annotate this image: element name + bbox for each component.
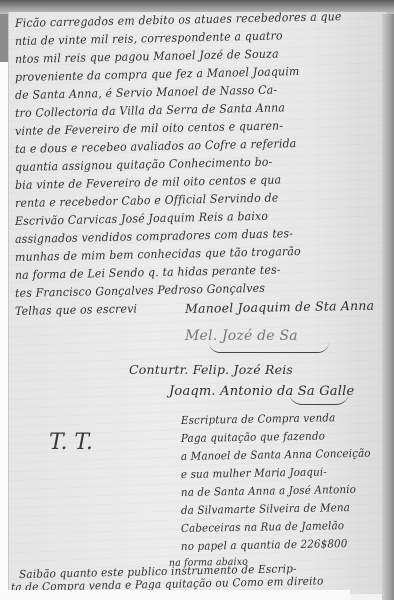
text-line: Ficão carregados em debito os atuaes rec…	[15, 9, 342, 30]
text-line: tro Collectoria da Villa da Serra de San…	[15, 100, 285, 120]
text-line: proveniente da compra que fez a Manoel J…	[15, 64, 300, 84]
text-line: de Santa Anna, é Servio Manoel de Nasso …	[15, 83, 278, 102]
text-line: renta e recebedor Cabo e Official Servin…	[15, 190, 279, 210]
text-line: Escrivão Carvicas José Joaquim Reis a ba…	[15, 209, 268, 228]
text-line: ntos mil reis que pagou Manoel Jozé de S…	[15, 46, 279, 66]
text-line: tes Francisco Gonçalves Pedroso Gonçalve…	[15, 281, 265, 300]
text-line: assignados vendidos compradores com duas…	[15, 226, 293, 246]
scan-right-edge	[382, 14, 394, 600]
text-line: bia vinte de Fevereiro de mil oito cento…	[15, 172, 282, 192]
signature-seller: Manoel Joaquim de Sta Anna	[185, 298, 374, 316]
signature-flourish	[289, 392, 349, 405]
margin-note-line: no papel a quantia de 226$800	[181, 537, 348, 553]
text-line: ntia de vinte mil reis, correspondente a…	[15, 28, 283, 48]
scan-bottom-margin	[0, 590, 350, 600]
margin-note-line: Escriptura de Compra venda	[181, 411, 336, 427]
margin-note-line: da Silvamarte Silveira de Mena	[181, 501, 350, 517]
signature-flourish	[209, 342, 329, 353]
manuscript-page: Ficão carregados em debito os atuaes rec…	[8, 12, 387, 594]
margin-note-line: a Manoel de Santa Anna Conceição	[181, 447, 371, 463]
text-line: Telhas que os escrevi	[15, 301, 137, 318]
text-line: munhas de mim bem conhecidas que tão tro…	[15, 244, 301, 264]
text-line: quantia assignou quitação Conhecimento b…	[15, 155, 273, 174]
text-line: ta e dous e recebeo avaliados ao Cofre a…	[15, 136, 297, 156]
margin-mark: T. T.	[49, 430, 93, 455]
margin-note-line: na de Santa Anna a José Antonio	[181, 483, 356, 499]
text-line: na forma de Lei Sendo q. ta hidas perant…	[15, 262, 281, 282]
margin-note-line: e sua mulher Maria Joaqui-	[181, 465, 327, 481]
margin-note-line: Paga quitação que fazendo	[181, 429, 325, 445]
margin-note-line: Cabeceiras na Rua de Jamelão	[181, 519, 344, 535]
signature-witness-1: Conturtr. Felip. Jozé Reis	[129, 362, 293, 377]
text-line: vinte de Fevereiro de mil oito centos e …	[15, 118, 284, 138]
